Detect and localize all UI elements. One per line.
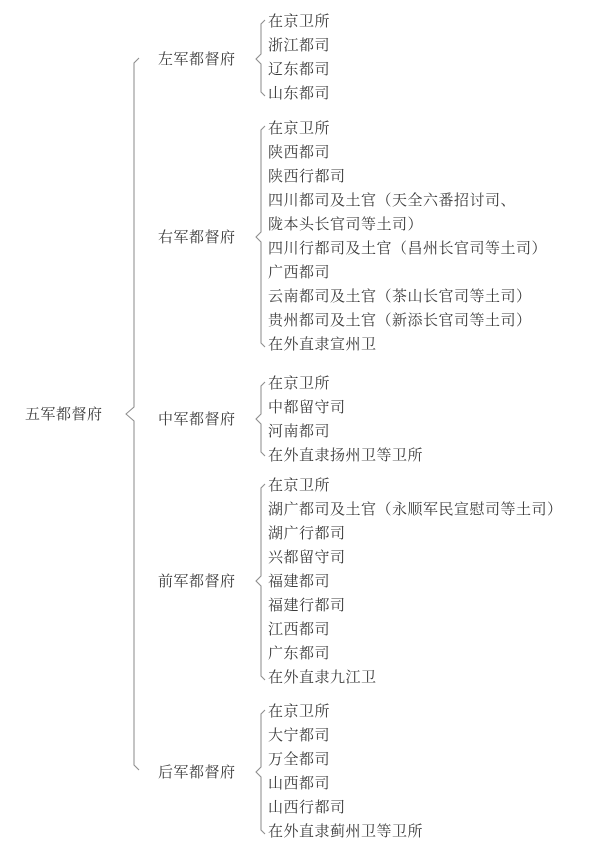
root-label: 五军都督府 xyxy=(25,402,103,426)
list-item: 山东都司 xyxy=(268,81,330,105)
list-item: 大宁都司 xyxy=(268,723,330,747)
list-item: 江西都司 xyxy=(268,617,330,641)
list-item: 四川都司及土官（天全六番招讨司、 xyxy=(268,188,516,212)
group-label-center: 中军都督府 xyxy=(158,407,236,431)
list-item: 在京卫所 xyxy=(268,699,330,723)
list-item: 在外直隶九江卫 xyxy=(268,665,377,689)
list-item: 广西都司 xyxy=(268,260,330,284)
list-item: 中都留守司 xyxy=(268,395,346,419)
list-item: 在京卫所 xyxy=(268,371,330,395)
list-item: 贵州都司及土官（新添长官司等土司） xyxy=(268,308,532,332)
list-item: 湖广都司及土官（永顺军民宣慰司等土司） xyxy=(268,497,563,521)
list-item: 在外直隶宣州卫 xyxy=(268,332,377,356)
list-item: 在京卫所 xyxy=(268,9,330,33)
list-item: 在京卫所 xyxy=(268,116,330,140)
list-item: 福建都司 xyxy=(268,569,330,593)
group-bracket-3 xyxy=(256,484,265,680)
list-item: 山西都司 xyxy=(268,771,330,795)
group-bracket-0 xyxy=(256,20,265,96)
list-item: 广东都司 xyxy=(268,641,330,665)
root-bracket xyxy=(126,58,139,770)
list-item: 陇本头长官司等土司） xyxy=(268,212,423,236)
group-label-rear: 后军都督府 xyxy=(158,760,236,784)
list-item: 陕西都司 xyxy=(268,140,330,164)
group-label-front: 前军都督府 xyxy=(158,569,236,593)
list-item: 兴都留守司 xyxy=(268,545,346,569)
list-item: 湖广行都司 xyxy=(268,521,346,545)
group-bracket-1 xyxy=(256,126,265,347)
list-item: 四川行都司及土官（昌州长官司等土司） xyxy=(268,236,547,260)
list-item: 在京卫所 xyxy=(268,473,330,497)
list-item: 云南都司及土官（茶山长官司等土司） xyxy=(268,284,532,308)
group-bracket-4 xyxy=(256,710,265,834)
list-item: 山西行都司 xyxy=(268,795,346,819)
list-item: 在外直隶蓟州卫等卫所 xyxy=(268,819,423,843)
list-item: 福建行都司 xyxy=(268,593,346,617)
group-label-left: 左军都督府 xyxy=(158,47,236,71)
group-bracket-2 xyxy=(256,382,265,456)
list-item: 陕西行都司 xyxy=(268,164,346,188)
list-item: 辽东都司 xyxy=(268,57,330,81)
list-item: 河南都司 xyxy=(268,419,330,443)
group-label-right: 右军都督府 xyxy=(158,225,236,249)
list-item: 浙江都司 xyxy=(268,33,330,57)
list-item: 万全都司 xyxy=(268,747,330,771)
list-item: 在外直隶扬州卫等卫所 xyxy=(268,443,423,467)
